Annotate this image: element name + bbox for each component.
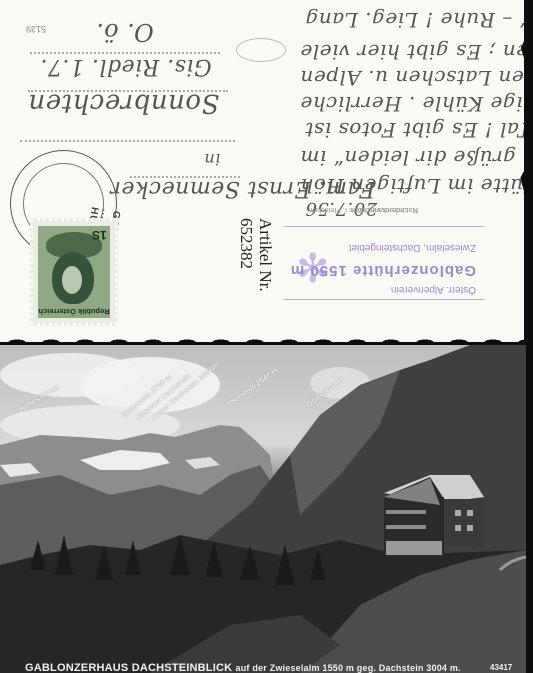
article-number: 652382 [237,218,256,292]
stamp-value: 1S [92,228,107,242]
oval-mark [236,38,286,62]
publisher-imprint: R. Ledermann, Wien I. Fleischm.Nachdruck… [254,80,280,230]
message-line: Tal ! Es gibt Fotos ist [305,118,531,142]
cachet-line: Österr. Alpenverein [391,284,476,295]
address-line: Sonnbrechten [28,88,219,118]
message-line: Sonnige Kühle . Herrliche [300,92,533,116]
postcard-back: „See“ – Ruhe ! Lieg. Lang wären ; Es gib… [0,0,524,342]
message-line: zwischen Latschen u. Alpen [300,66,533,90]
stamp-country: Republik Österreich [38,307,110,316]
postage-stamp: 1S Republik Österreich [30,218,118,326]
address-line: Gis. Riedl. 1.7. [40,54,212,79]
address-line: Fam. Ernst Semnecker [110,176,375,201]
print-number: 5139 [26,24,46,34]
article-label: Artikel Nr. [256,218,275,292]
message-line: „See“ – Ruhe ! Lieg. Lang [305,8,533,32]
photo-caption: GABLONZERHAUS DACHSTEINBLICK auf der Zwi… [25,662,461,673]
cachet-line: Gablonzerhütte 1550 m [290,262,476,279]
message-line: wären ; Es gibt hier viele [300,40,533,64]
stamp-face-shape [62,266,82,294]
caption-subtitle: auf der Zwieselalm 1550 m geg. Dachstein… [236,663,461,673]
address-dotted-line [20,140,235,142]
address-line: in [204,150,220,169]
message-line: u. grüße dir leiden“ im [300,146,533,170]
address-line: O. ö. [96,18,154,46]
postcard-photo: Hohes Kreuz Gjaidstein 2790 m Niederer D… [0,345,526,673]
caption-title: GABLONZERHAUS DACHSTEINBLICK [25,662,232,673]
photo-serial-number: 43417 [490,663,512,672]
publisher-line: Nachdruck verboten [268,205,418,216]
article-number-block: Artikel Nr. 652382 [235,218,275,328]
mountain-landscape [0,345,526,673]
hut-cachet: ✻ Österr. Alpenverein Gablonzerhütte 155… [284,226,484,300]
mountain-hut [384,475,484,557]
cachet-line: Zwieselalm, Dachsteingebiet [349,242,476,253]
